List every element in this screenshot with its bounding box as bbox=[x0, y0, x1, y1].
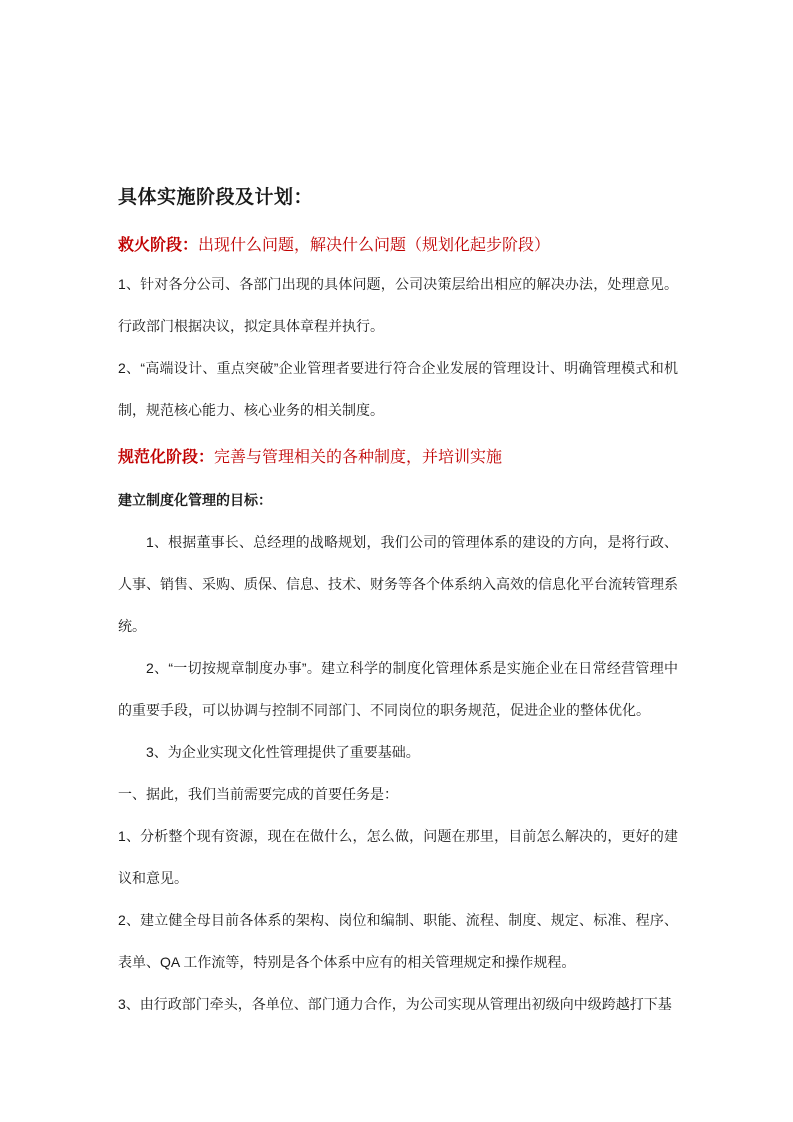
goal-paragraph-2: 2、“一切按规章制度办事”。建立科学的制度化管理体系是实施企业在日常经营管理中的… bbox=[118, 647, 678, 731]
stage1-heading-label: 救火阶段： bbox=[118, 237, 198, 254]
document-title: 具体实施阶段及计划： bbox=[118, 177, 678, 219]
task-paragraph-2: 2、建立健全母目前各体系的架构、岗位和编制、职能、流程、制度、规定、标准、程序、… bbox=[118, 899, 678, 983]
document-page: 具体实施阶段及计划： 救火阶段：出现什么问题，解决什么问题（规划化起步阶段） 1… bbox=[0, 0, 793, 1122]
stage2-heading-label: 规范化阶段： bbox=[118, 449, 214, 466]
task-paragraph-1: 1、分析整个现有资源，现在在做什么，怎么做，问题在那里，目前怎么解决的，更好的建… bbox=[118, 815, 678, 899]
stage1-paragraph-1: 1、针对各分公司、各部门出现的具体问题，公司决策层给出相应的解决办法，处理意见。… bbox=[118, 263, 678, 347]
goal-paragraph-3: 3、为企业实现文化性管理提供了重要基础。 bbox=[118, 731, 678, 773]
stage1-heading: 救火阶段：出现什么问题，解决什么问题（规划化起步阶段） bbox=[118, 225, 678, 267]
stage1-heading-summary: 出现什么问题，解决什么问题（规划化起步阶段） bbox=[198, 237, 550, 254]
stage1-paragraph-2: 2、“高端设计、重点突破”企业管理者要进行符合企业发展的管理设计、明确管理模式和… bbox=[118, 347, 678, 431]
document-body: 具体实施阶段及计划： 救火阶段：出现什么问题，解决什么问题（规划化起步阶段） 1… bbox=[118, 177, 678, 1025]
stage2-heading: 规范化阶段：完善与管理相关的各种制度，并培训实施 bbox=[118, 437, 678, 479]
tasks-intro: 一、据此，我们当前需要完成的首要任务是： bbox=[118, 773, 678, 815]
stage2-heading-summary: 完善与管理相关的各种制度，并培训实施 bbox=[214, 449, 502, 466]
goals-heading: 建立制度化管理的目标： bbox=[118, 479, 678, 521]
goal-paragraph-1: 1、根据董事长、总经理的战略规划，我们公司的管理体系的建设的方向，是将行政、人事… bbox=[118, 521, 678, 647]
task-paragraph-3: 3、由行政部门牵头，各单位、部门通力合作，为公司实现从管理出初级向中级跨越打下基 bbox=[118, 983, 678, 1025]
